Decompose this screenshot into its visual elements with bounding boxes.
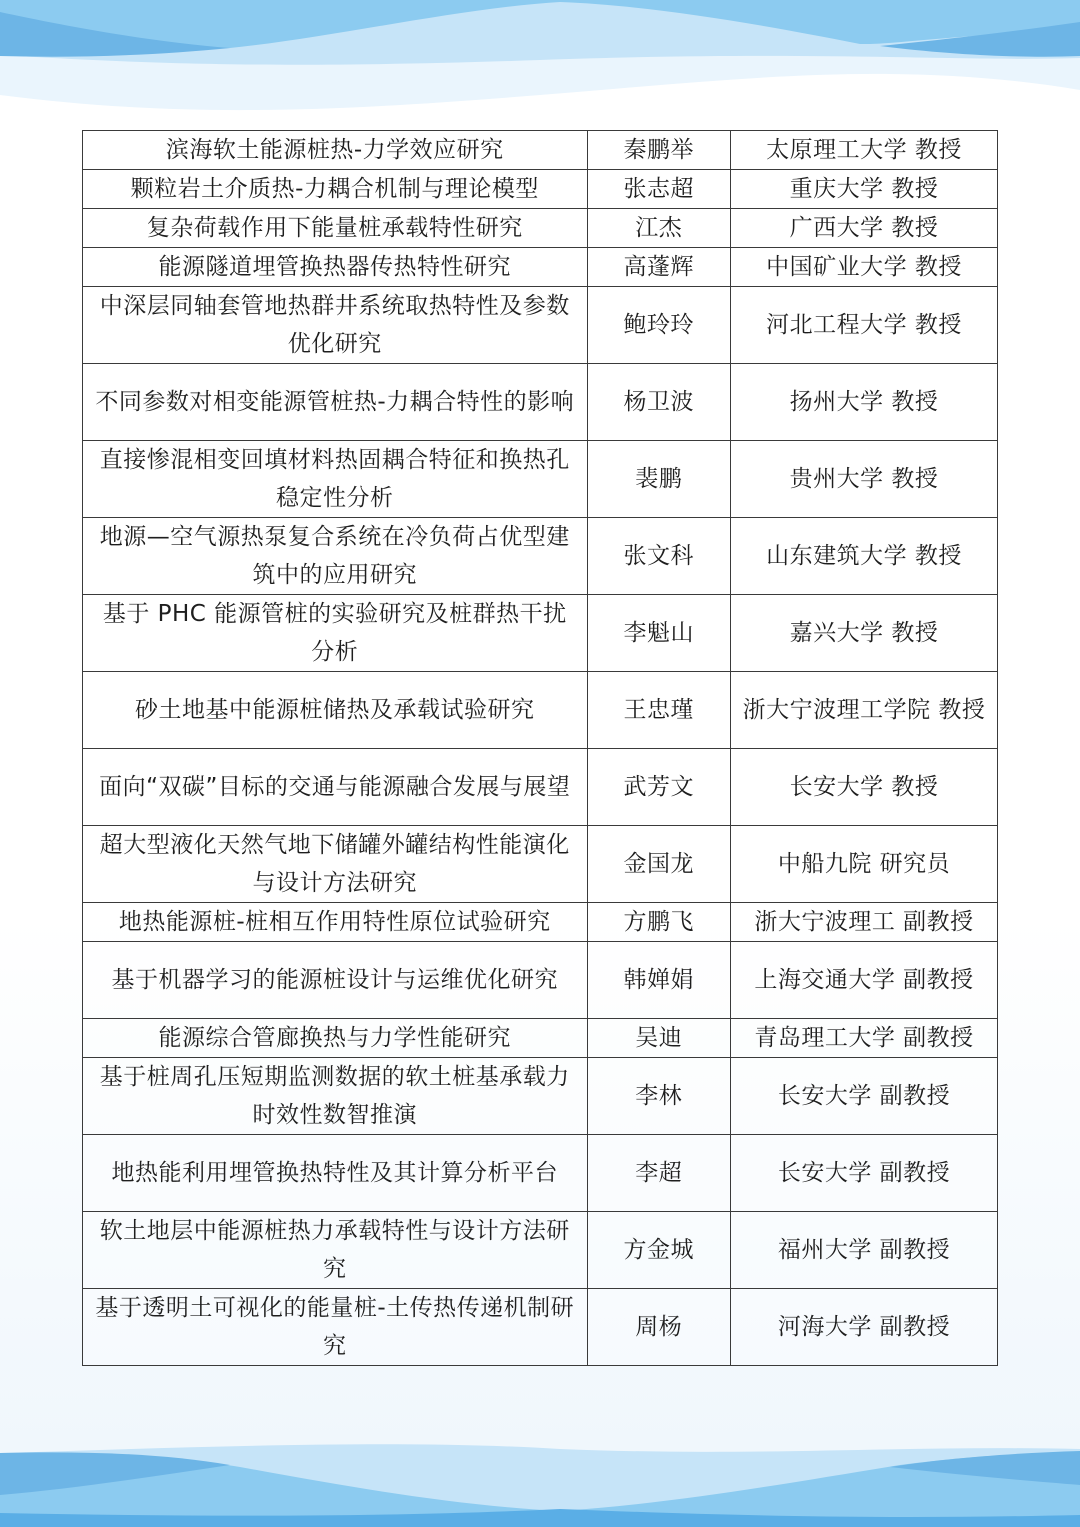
institution-cell: 长安大学 教授 [731, 749, 998, 826]
institution-cell: 浙大宁波理工 副教授 [731, 903, 998, 942]
table-row: 中深层同轴套管地热群井系统取热特性及参数优化研究 鲍玲玲 河北工程大学 教授 [83, 287, 998, 364]
investigator-name-cell: 江杰 [587, 209, 731, 248]
table-row: 地热能源桩-桩相互作用特性原位试验研究 方鹏飞 浙大宁波理工 副教授 [83, 903, 998, 942]
table-row: 地热能利用埋管换热特性及其计算分析平台 李超 长安大学 副教授 [83, 1135, 998, 1212]
investigator-name-cell: 武芳文 [587, 749, 731, 826]
table-row: 基于机器学习的能源桩设计与运维优化研究 韩婵娟 上海交通大学 副教授 [83, 942, 998, 1019]
investigator-name-cell: 金国龙 [587, 826, 731, 903]
top-wave-decoration [0, 0, 1080, 130]
project-title-cell: 颗粒岩土介质热-力耦合机制与理论模型 [83, 170, 588, 209]
institution-cell: 长安大学 副教授 [731, 1135, 998, 1212]
table-row: 直接惨混相变回填材料热固耦合特征和换热孔稳定性分析 裴鹏 贵州大学 教授 [83, 441, 998, 518]
table-row: 地源—空气源热泵复合系统在冷负荷占优型建筑中的应用研究 张文科 山东建筑大学 教… [83, 518, 998, 595]
institution-cell: 中船九院 研究员 [731, 826, 998, 903]
investigator-name-cell: 李超 [587, 1135, 731, 1212]
institution-cell: 长安大学 副教授 [731, 1058, 998, 1135]
table-row: 滨海软土能源桩热-力学效应研究 秦鹏举 太原理工大学 教授 [83, 131, 998, 170]
project-title-cell: 基于透明土可视化的能量桩-土传热传递机制研究 [83, 1289, 588, 1366]
institution-cell: 重庆大学 教授 [731, 170, 998, 209]
investigator-name-cell: 杨卫波 [587, 364, 731, 441]
table-row: 能源综合管廊换热与力学性能研究 吴迪 青岛理工大学 副教授 [83, 1019, 998, 1058]
institution-cell: 河海大学 副教授 [731, 1289, 998, 1366]
project-title-cell: 软土地层中能源桩热力承载特性与设计方法研究 [83, 1212, 588, 1289]
institution-cell: 山东建筑大学 教授 [731, 518, 998, 595]
project-title-cell: 地热能源桩-桩相互作用特性原位试验研究 [83, 903, 588, 942]
investigator-name-cell: 秦鹏举 [587, 131, 731, 170]
table-row: 砂土地基中能源桩储热及承载试验研究 王忠瑾 浙大宁波理工学院 教授 [83, 672, 998, 749]
grant-list-table-container: 滨海软土能源桩热-力学效应研究 秦鹏举 太原理工大学 教授 颗粒岩土介质热-力耦… [82, 130, 998, 1366]
investigator-name-cell: 高蓬辉 [587, 248, 731, 287]
institution-cell: 浙大宁波理工学院 教授 [731, 672, 998, 749]
investigator-name-cell: 李林 [587, 1058, 731, 1135]
institution-cell: 中国矿业大学 教授 [731, 248, 998, 287]
bottom-wave-decoration [0, 1377, 1080, 1527]
investigator-name-cell: 方金城 [587, 1212, 731, 1289]
investigator-name-cell: 张志超 [587, 170, 731, 209]
investigator-name-cell: 裴鹏 [587, 441, 731, 518]
table-row: 面向“双碳”目标的交通与能源融合发展与展望 武芳文 长安大学 教授 [83, 749, 998, 826]
table-row: 软土地层中能源桩热力承载特性与设计方法研究 方金城 福州大学 副教授 [83, 1212, 998, 1289]
table-row: 颗粒岩土介质热-力耦合机制与理论模型 张志超 重庆大学 教授 [83, 170, 998, 209]
project-title-cell: 基于 PHC 能源管桩的实验研究及桩群热干扰分析 [83, 595, 588, 672]
investigator-name-cell: 吴迪 [587, 1019, 731, 1058]
project-title-cell: 能源隧道埋管换热器传热特性研究 [83, 248, 588, 287]
project-title-cell: 超大型液化天然气地下储罐外罐结构性能演化与设计方法研究 [83, 826, 588, 903]
project-title-cell: 地源—空气源热泵复合系统在冷负荷占优型建筑中的应用研究 [83, 518, 588, 595]
project-title-cell: 复杂荷载作用下能量桩承载特性研究 [83, 209, 588, 248]
investigator-name-cell: 李魁山 [587, 595, 731, 672]
project-title-cell: 基于机器学习的能源桩设计与运维优化研究 [83, 942, 588, 1019]
project-title-cell: 地热能利用埋管换热特性及其计算分析平台 [83, 1135, 588, 1212]
institution-cell: 扬州大学 教授 [731, 364, 998, 441]
institution-cell: 上海交通大学 副教授 [731, 942, 998, 1019]
project-title-cell: 直接惨混相变回填材料热固耦合特征和换热孔稳定性分析 [83, 441, 588, 518]
grant-list-table: 滨海软土能源桩热-力学效应研究 秦鹏举 太原理工大学 教授 颗粒岩土介质热-力耦… [82, 130, 998, 1366]
institution-cell: 贵州大学 教授 [731, 441, 998, 518]
table-row: 基于透明土可视化的能量桩-土传热传递机制研究 周杨 河海大学 副教授 [83, 1289, 998, 1366]
table-row: 不同参数对相变能源管桩热-力耦合特性的影响 杨卫波 扬州大学 教授 [83, 364, 998, 441]
investigator-name-cell: 鲍玲玲 [587, 287, 731, 364]
investigator-name-cell: 周杨 [587, 1289, 731, 1366]
project-title-cell: 滨海软土能源桩热-力学效应研究 [83, 131, 588, 170]
investigator-name-cell: 王忠瑾 [587, 672, 731, 749]
institution-cell: 河北工程大学 教授 [731, 287, 998, 364]
project-title-cell: 不同参数对相变能源管桩热-力耦合特性的影响 [83, 364, 588, 441]
investigator-name-cell: 韩婵娟 [587, 942, 731, 1019]
project-title-cell: 面向“双碳”目标的交通与能源融合发展与展望 [83, 749, 588, 826]
investigator-name-cell: 张文科 [587, 518, 731, 595]
institution-cell: 福州大学 副教授 [731, 1212, 998, 1289]
institution-cell: 嘉兴大学 教授 [731, 595, 998, 672]
project-title-cell: 基于桩周孔压短期监测数据的软土桩基承载力时效性数智推演 [83, 1058, 588, 1135]
institution-cell: 青岛理工大学 副教授 [731, 1019, 998, 1058]
project-title-cell: 砂土地基中能源桩储热及承载试验研究 [83, 672, 588, 749]
table-row: 基于 PHC 能源管桩的实验研究及桩群热干扰分析 李魁山 嘉兴大学 教授 [83, 595, 998, 672]
institution-cell: 太原理工大学 教授 [731, 131, 998, 170]
table-row: 超大型液化天然气地下储罐外罐结构性能演化与设计方法研究 金国龙 中船九院 研究员 [83, 826, 998, 903]
table-row: 基于桩周孔压短期监测数据的软土桩基承载力时效性数智推演 李林 长安大学 副教授 [83, 1058, 998, 1135]
project-title-cell: 中深层同轴套管地热群井系统取热特性及参数优化研究 [83, 287, 588, 364]
institution-cell: 广西大学 教授 [731, 209, 998, 248]
investigator-name-cell: 方鹏飞 [587, 903, 731, 942]
project-title-cell: 能源综合管廊换热与力学性能研究 [83, 1019, 588, 1058]
table-row: 能源隧道埋管换热器传热特性研究 高蓬辉 中国矿业大学 教授 [83, 248, 998, 287]
table-row: 复杂荷载作用下能量桩承载特性研究 江杰 广西大学 教授 [83, 209, 998, 248]
